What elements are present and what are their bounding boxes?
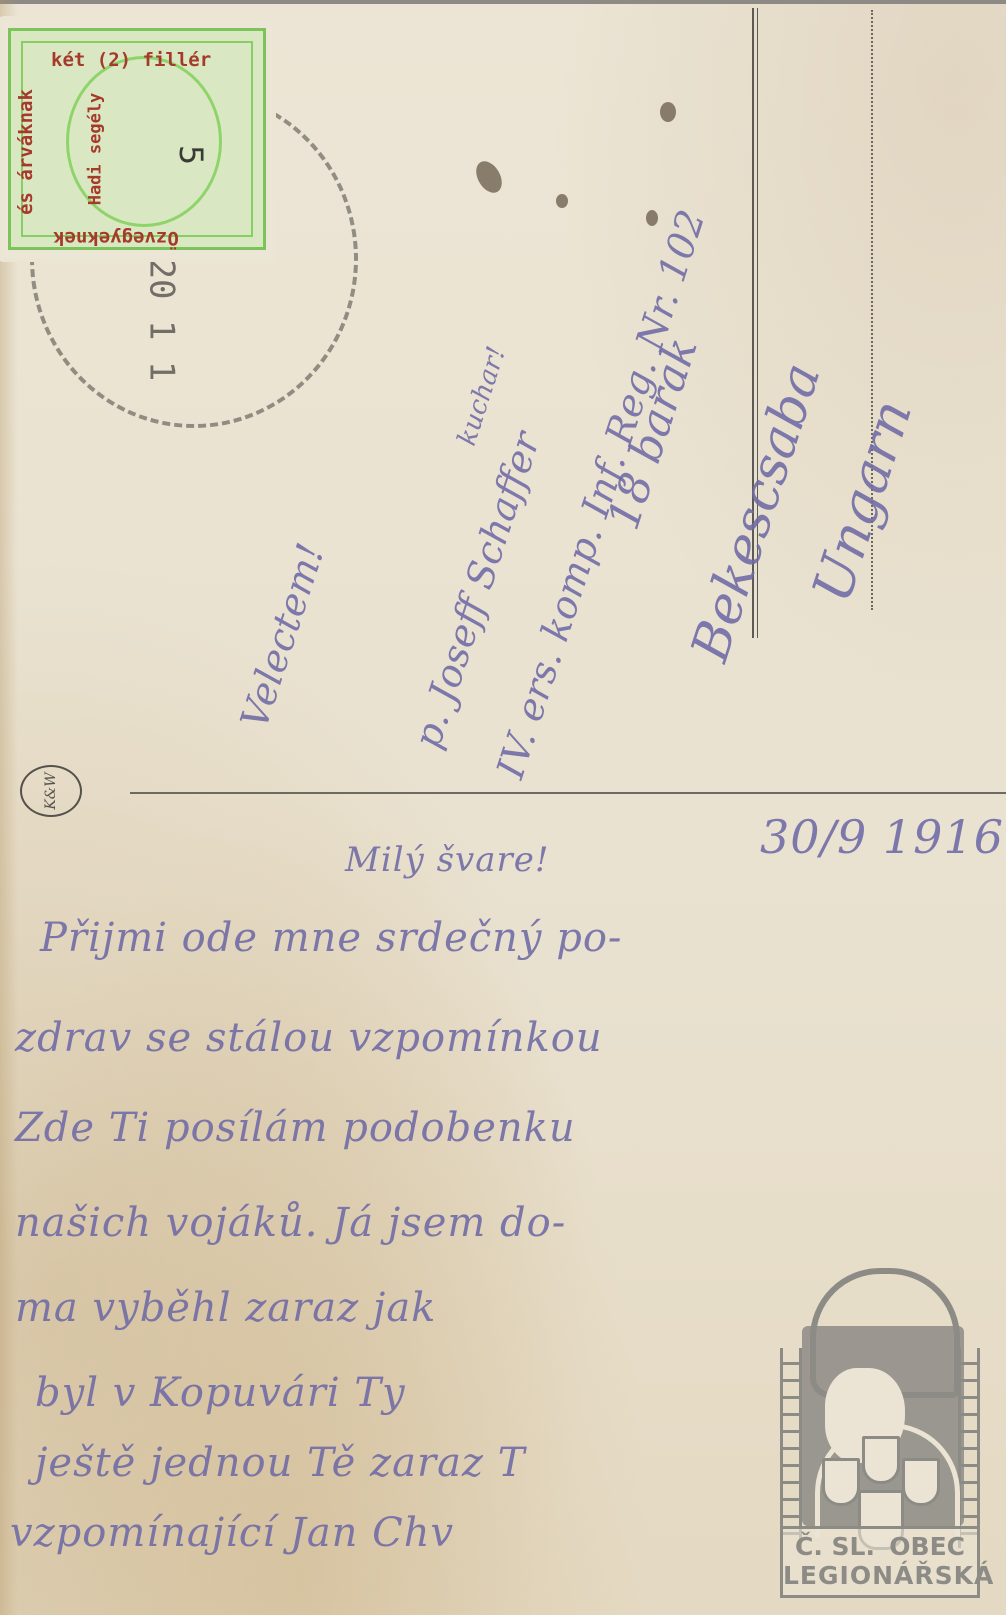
stain — [660, 102, 676, 122]
logo-text-obec: OBEC — [889, 1533, 965, 1561]
logo-text-box: Č. SL. OBEC LEGIONÁŘSKÁ — [780, 1526, 980, 1598]
message-date: 30/9 1916 — [760, 810, 1004, 864]
stamp-design: két (2) fillér és árváknak Hadi segély Ö… — [8, 28, 266, 250]
logo-text-legionarska: LEGIONÁŘSKÁ — [783, 1561, 977, 1591]
address-line: Velectem! — [232, 538, 333, 734]
message-line: našich vojáků. Já jsem do- — [15, 1200, 566, 1246]
message-divider-line — [130, 792, 1006, 794]
postcard: 20 1 1 két (2) fillér és árváknak Hadi s… — [0, 0, 1006, 1615]
crest-moravia-icon — [902, 1458, 940, 1506]
stamp-overprint-top: két (2) fillér — [51, 49, 211, 71]
address-line: Ungarn — [800, 393, 924, 610]
message-line: byl v Kopuvári Ty — [35, 1370, 406, 1416]
postage-stamp: két (2) fillér és árváknak Hadi segély Ö… — [2, 20, 272, 258]
stain — [556, 194, 568, 208]
message-line: vzpomínající Jan Chv — [10, 1510, 454, 1556]
postmark-date: 20 1 1 — [141, 259, 181, 382]
stamp-overprint-left: és árváknak — [15, 89, 37, 215]
logo-text-csl: Č. SL. — [795, 1533, 875, 1561]
stamp-overprint-bottom: Özvegyeknek — [53, 227, 179, 249]
stamp-overprint-middle: Hadi segély — [85, 93, 105, 206]
message-line: zdrav se stálou vzpomínkou — [15, 1015, 603, 1061]
message-line: ma vyběhl zaraz jak — [15, 1285, 436, 1331]
crest-silesia-icon — [822, 1458, 860, 1506]
message-line: Zde Ti posílám podobenku — [15, 1105, 576, 1151]
stamp-face-value: 5 — [172, 145, 210, 165]
legion-watermark-logo: Č. SL. OBEC LEGIONÁŘSKÁ — [780, 1268, 980, 1593]
crest-slovakia-icon — [862, 1436, 900, 1484]
message-greeting: Milý švare! — [345, 840, 550, 880]
publisher-monogram-icon: K&W — [20, 765, 82, 817]
message-line: ještě jednou Tě zaraz T — [35, 1440, 525, 1486]
stain — [646, 210, 658, 226]
address-line: kuchar! — [452, 343, 512, 449]
logo-fasces-left — [780, 1348, 802, 1548]
message-line: Přijmi ode mne srdečný po- — [40, 915, 622, 961]
stain — [471, 157, 507, 197]
top-edge — [0, 0, 1006, 4]
